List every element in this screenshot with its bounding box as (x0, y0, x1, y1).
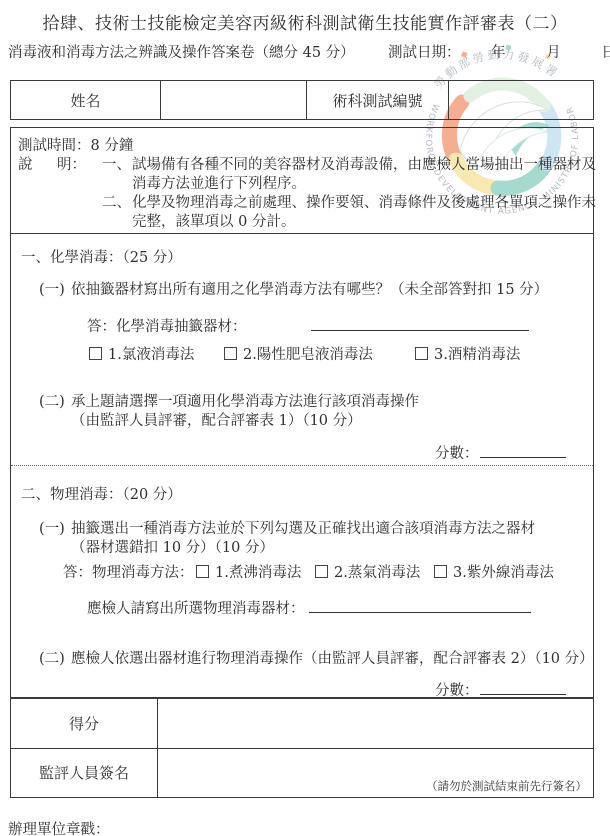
test-date-line: 測試日期： 年 月 日 (388, 41, 610, 62)
exam-body-box: 測試時間：8 分鐘 說 明： 一、 試場備有各種不同的美容器材及消毒設備，由應檢… (10, 127, 594, 698)
option-quaternary-soap: 2.陽性肥皂液消毒法 (224, 343, 373, 364)
section1-score-label: 分數： (435, 442, 479, 463)
signature-value-cell[interactable]: （請勿於測試結束前先行簽名） (158, 749, 593, 798)
signature-row: 監評人員簽名 （請勿於測試結束前先行簽名） (11, 749, 593, 798)
page-title: 拾肆、技術士技能檢定美容丙級術科測試衛生技能實作評審表（二） (0, 9, 610, 34)
checkbox-steam[interactable] (315, 565, 328, 578)
section1-q2-number: (二) (39, 390, 65, 411)
section-physical-disinfection: 二、物理消毒：（20 分） (一) 抽籤選出一種消毒方法並於下列勾選及正確找出適… (11, 466, 593, 699)
score-value-cell[interactable] (158, 699, 593, 748)
option-alcohol: 3.酒精消毒法 (415, 343, 520, 364)
note-item2-number: 二、 (102, 191, 131, 212)
signature-note: （請勿於測試結束前先行簽名） (426, 778, 587, 794)
test-time-line: 測試時間：8 分鐘 (18, 134, 133, 155)
date-month-label: 月 (546, 41, 561, 62)
section1-q1-text: 依抽籤器材寫出所有適用之化學消毒方法有哪些？（未全部答對扣 15 分） (71, 278, 548, 299)
section1-answer-label: 答：化學消毒抽籤器材： (87, 315, 247, 336)
checkbox-ultraviolet[interactable] (434, 565, 447, 578)
subtitle: 消毒液和消毒方法之辨識及操作答案卷（總分 45 分） (8, 41, 355, 62)
date-year-label: 年 (491, 41, 506, 62)
option-chlorine: 1.氯液消毒法 (89, 343, 194, 364)
section2-heading: 二、物理消毒：（20 分） (21, 483, 182, 504)
physical-equipment-blank[interactable] (309, 598, 531, 613)
checkbox-boiling[interactable] (196, 565, 209, 578)
section2-equipment-label: 應檢人請寫出所選物理消毒器材： (87, 597, 305, 618)
name-label-cell: 姓名 (11, 81, 161, 119)
chemical-equipment-blank[interactable] (311, 316, 529, 331)
checkbox-quaternary-soap[interactable] (224, 347, 237, 360)
section-chemical-disinfection: 一、化學消毒：（25 分） (一) 依抽籤器材寫出所有適用之化學消毒方法有哪些？… (11, 234, 593, 466)
signature-label-cell: 監評人員簽名 (11, 749, 158, 798)
test-number-input-cell[interactable] (449, 81, 593, 119)
section2-score-label: 分數： (435, 679, 479, 700)
note-item2-line2: 完整，該單項以 0 分計。 (132, 210, 295, 231)
section1-q1-number: (一) (39, 278, 65, 299)
note-item2-line1: 化學及物理消毒之前處理、操作要領、消毒條件及後處理各單項之操作未 (132, 191, 596, 212)
note-item1-number: 一、 (102, 153, 131, 174)
note-item1-line2: 消毒方法並進行下列程序。 (132, 172, 306, 193)
note-label-left: 說 (18, 153, 33, 174)
section2-q1-number: (一) (39, 517, 65, 538)
option-label: 2.蒸氣消毒法 (334, 565, 420, 581)
checkbox-alcohol[interactable] (415, 347, 428, 360)
option-label: 1.煮沸消毒法 (215, 565, 301, 581)
test-number-label-cell: 術科測試編號 (307, 81, 449, 119)
option-ultraviolet: 3.紫外線消毒法 (434, 561, 554, 582)
option-label: 2.陽性肥皂液消毒法 (243, 347, 373, 363)
score-row: 得分 (11, 699, 593, 749)
document-page: 勞動部勞動力發展署 WORKFORCE DEVELOPMENT AGENCY, … (0, 0, 610, 836)
option-boiling: 1.煮沸消毒法 (196, 561, 301, 582)
candidate-info-table: 姓名 術科測試編號 (10, 80, 594, 120)
organizer-stamp-label: 辦理單位章戳： (8, 818, 110, 836)
section1-heading: 一、化學消毒：（25 分） (21, 246, 182, 267)
name-input-cell[interactable] (161, 81, 307, 119)
section2-q2-number: (二) (39, 647, 65, 668)
note-item1-line1: 試場備有各種不同的美容器材及消毒設備，由應檢人當場抽出一種器材及 (132, 153, 596, 174)
checkbox-chlorine[interactable] (89, 347, 102, 360)
section1-score-blank[interactable] (480, 443, 566, 458)
test-date-label: 測試日期： (388, 41, 461, 62)
section2-q1-line2: （器材選錯扣 10 分）（10 分） (71, 536, 274, 557)
section2-score-blank[interactable] (480, 680, 566, 695)
score-signature-table: 得分 監評人員簽名 （請勿於測試結束前先行簽名） (10, 698, 594, 798)
section1-q2-line1: 承上題請選擇一項適用化學消毒方法進行該項消毒操作 (71, 390, 419, 411)
instructions-block: 測試時間：8 分鐘 說 明： 一、 試場備有各種不同的美容器材及消毒設備，由應檢… (11, 128, 593, 234)
section2-q2-text: 應檢人依選出器材進行物理消毒操作（由監評人員評審，配合評審表 2）（10 分） (71, 647, 594, 668)
section1-q2-line2: （由監評人員評審，配合評審表 1）（10 分） (71, 409, 362, 430)
option-label: 3.紫外線消毒法 (453, 565, 554, 581)
option-label: 1.氯液消毒法 (108, 347, 194, 363)
section2-q1-line1: 抽籤選出一種消毒方法並於下列勾選及正確找出適合該項消毒方法之器材 (71, 517, 535, 538)
date-day-label: 日 (601, 41, 610, 62)
section2-answer-label: 答：物理消毒方法： (63, 561, 194, 582)
option-label: 3.酒精消毒法 (434, 347, 520, 363)
note-label-right: 明： (57, 153, 86, 174)
option-steam: 2.蒸氣消毒法 (315, 561, 420, 582)
score-label-cell: 得分 (11, 699, 158, 748)
